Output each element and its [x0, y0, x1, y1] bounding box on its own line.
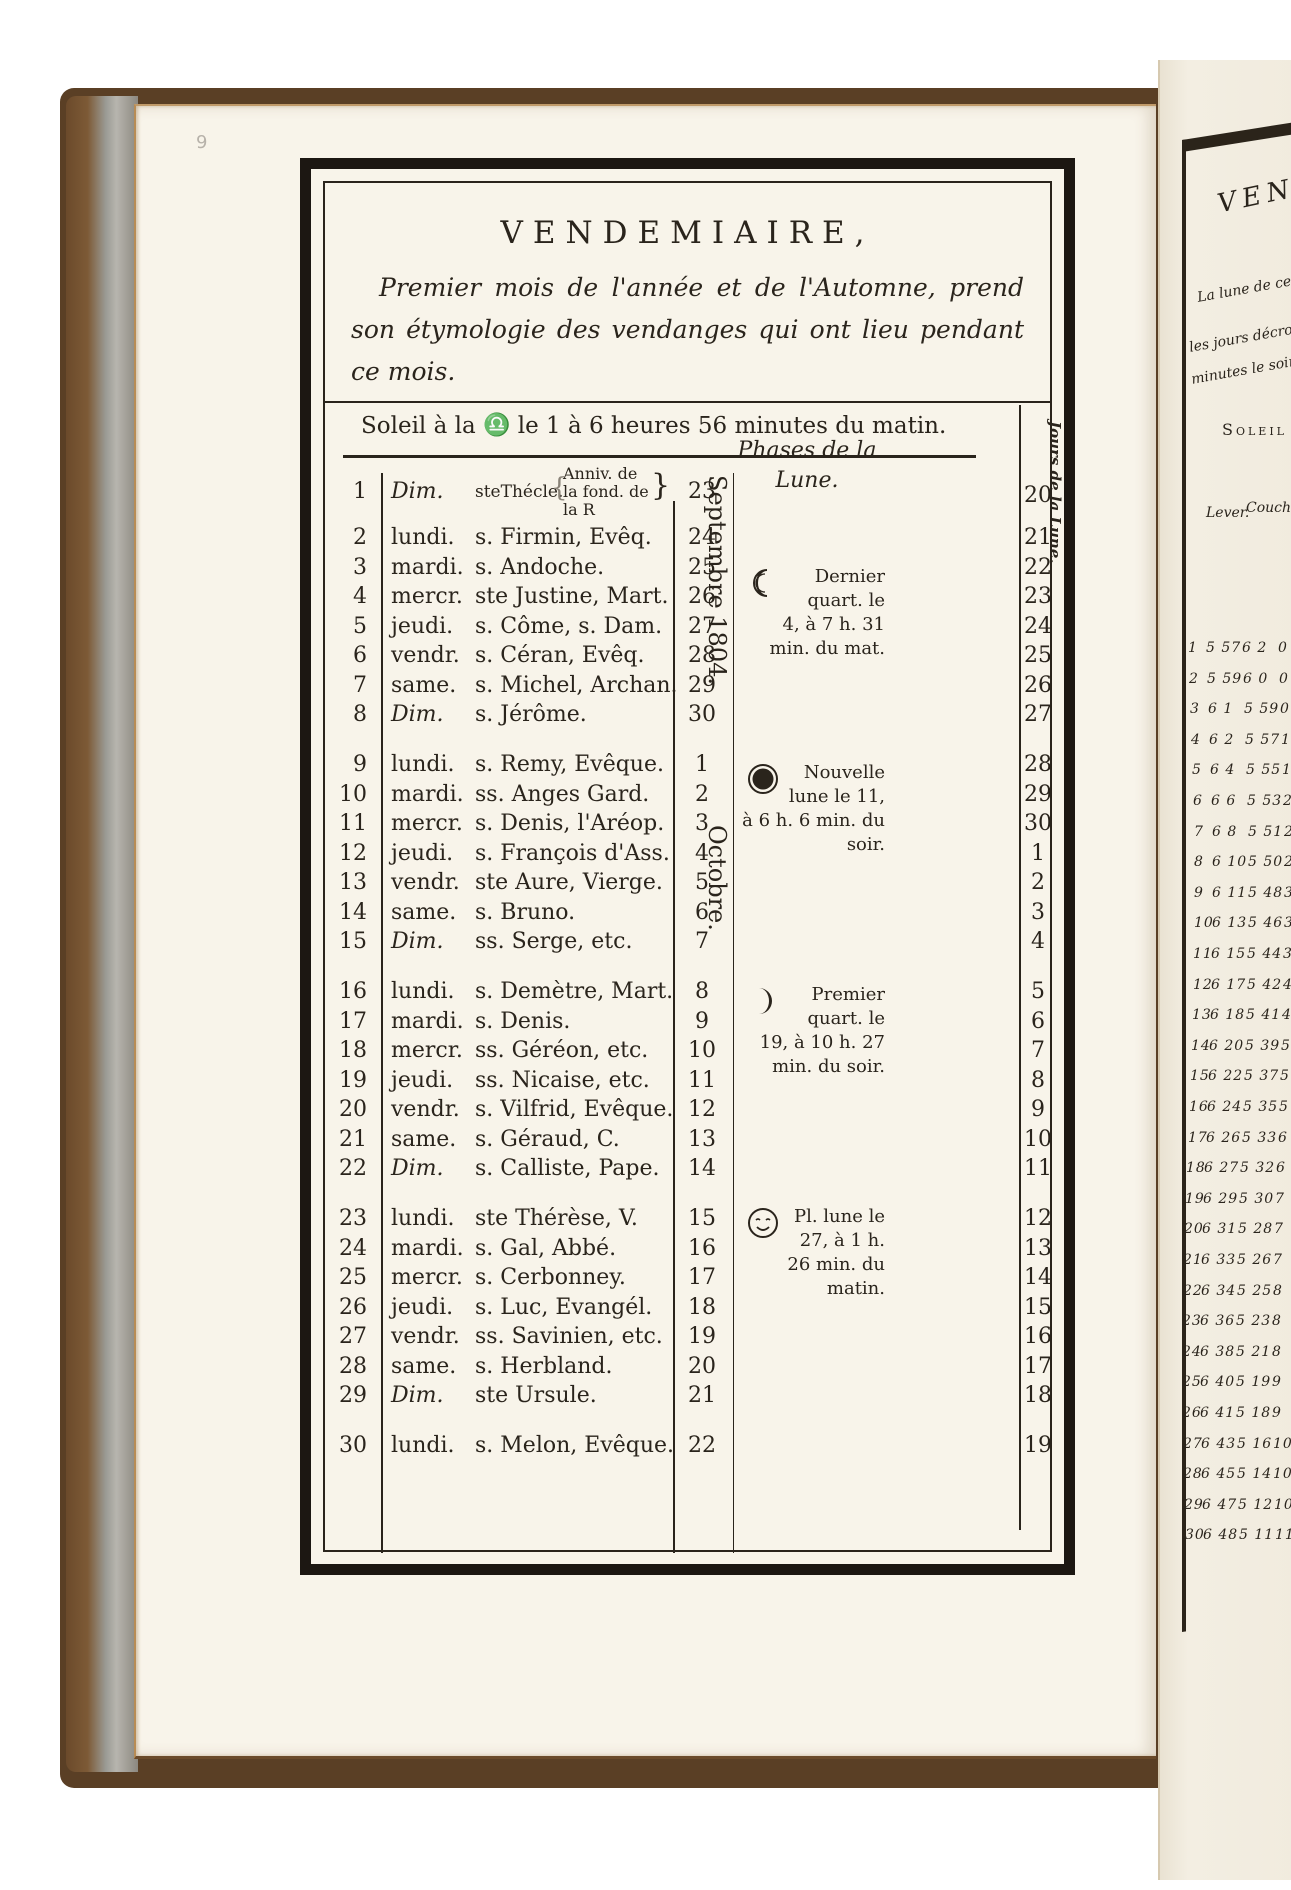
- right-page-table-row: 266 415 189: [1182, 1405, 1291, 1421]
- republican-day-number: 22: [329, 1154, 367, 1184]
- rp-day: 9: [1194, 885, 1212, 901]
- gregorian-date: 5: [677, 868, 727, 898]
- republican-day-number: 15: [329, 927, 367, 957]
- phase-new-moon: Nouvelle lune le 11, à 6 h. 6 min. du so…: [737, 761, 885, 857]
- column-rule: [673, 501, 675, 1553]
- moon-day: 11: [1013, 1154, 1063, 1184]
- gregorian-date: 1: [677, 750, 727, 780]
- gregorian-date: 16: [677, 1234, 727, 1264]
- rp-day: 10: [1194, 915, 1212, 931]
- saint-name: s. Jérôme.: [475, 700, 587, 730]
- rp-coucher: 5 51: [1248, 824, 1284, 840]
- gregorian-date: 29: [677, 671, 727, 701]
- gregorian-date: 30: [677, 700, 727, 730]
- rp-coucher: 5 16: [1237, 1436, 1273, 1452]
- column-rule: [381, 473, 383, 1553]
- republican-day-number: 16: [329, 977, 367, 1007]
- rp-declinaison: 6: [1278, 1130, 1291, 1146]
- rp-coucher: 5 37: [1244, 1068, 1280, 1084]
- rp-lever: 6 10: [1212, 854, 1248, 870]
- rp-lever: 6 18: [1210, 1007, 1246, 1023]
- weekday: jeudi.: [391, 1293, 453, 1323]
- republican-day-number: 8: [329, 700, 367, 730]
- moon-day: 27: [1013, 700, 1063, 730]
- pencil-note: 9: [196, 132, 207, 153]
- rp-day: 20: [1184, 1221, 1202, 1237]
- phase-full-moon: Pl. lune le 27, à 1 h. 26 min. du matin.: [737, 1205, 885, 1301]
- moon-day: 4: [1013, 927, 1063, 957]
- rp-coucher: 5 26: [1237, 1252, 1273, 1268]
- gregorian-date: 7: [677, 927, 727, 957]
- right-page-table-row: 166 245 355: [1189, 1099, 1291, 1115]
- republican-day-number: 11: [329, 809, 367, 839]
- rp-day: 11: [1193, 946, 1211, 962]
- weekday: same.: [391, 898, 456, 928]
- weekday: same.: [391, 1352, 456, 1382]
- rp-lever: 6 31: [1202, 1221, 1238, 1237]
- saint-name: ste Justine, Mart.: [475, 582, 668, 612]
- weekday: lundi.: [391, 1204, 455, 1234]
- gregorian-date: 17: [677, 1263, 727, 1293]
- right-page-table-row: 276 435 1610: [1183, 1436, 1291, 1452]
- rp-declinaison: 3: [1284, 915, 1291, 931]
- saint-name: s. Denis, l'Aréop.: [475, 809, 664, 839]
- gregorian-date: 14: [677, 1154, 727, 1184]
- right-page-table-row: 216 335 267: [1183, 1252, 1291, 1268]
- rp-declinaison: 7: [1275, 1191, 1291, 1207]
- gregorian-date: 13: [677, 1125, 727, 1155]
- republican-day-number: 25: [329, 1263, 367, 1293]
- rp-lever: 6 36: [1200, 1313, 1236, 1329]
- moon-day: 7: [1013, 1036, 1063, 1066]
- rp-lever: 6 40: [1200, 1374, 1236, 1390]
- rp-lever: 6 13: [1212, 915, 1248, 931]
- right-brace: }: [651, 469, 670, 503]
- rp-lever: 6 24: [1207, 1099, 1243, 1115]
- rp-day: 23: [1182, 1313, 1200, 1329]
- gregorian-date: 28: [677, 641, 727, 671]
- moon-day: 30: [1013, 809, 1063, 839]
- rp-declinaison: 4: [1283, 977, 1291, 993]
- rp-declinaison: 5: [1281, 1038, 1291, 1054]
- divider: [343, 455, 976, 458]
- rp-day: 28: [1183, 1466, 1201, 1482]
- weekday: lundi.: [391, 750, 455, 780]
- gregorian-date: 20: [677, 1352, 727, 1382]
- weekday: mardi.: [391, 553, 464, 583]
- rp-day: 3: [1190, 701, 1208, 717]
- rp-coucher: 5 14: [1237, 1466, 1273, 1482]
- rp-lever: 6 41: [1200, 1405, 1236, 1421]
- weekday: Dim.: [391, 1154, 444, 1184]
- republican-day-number: 26: [329, 1293, 367, 1323]
- saint-name: s. Demètre, Mart.: [475, 977, 673, 1007]
- weekday: mercr.: [391, 1263, 463, 1293]
- saint-name: s. Remy, Evêque.: [475, 750, 664, 780]
- rp-declinaison: 1: [1281, 732, 1291, 748]
- rp-declinaison: 5: [1279, 1099, 1291, 1115]
- right-page-table-row: 296 475 1210: [1184, 1497, 1291, 1513]
- rp-declinaison: 6: [1276, 1160, 1291, 1176]
- gregorian-date: 10: [677, 1036, 727, 1066]
- rp-lever: 6 26: [1206, 1130, 1242, 1146]
- republican-day-number: 27: [329, 1322, 367, 1352]
- rp-lever: 6 48: [1203, 1527, 1239, 1543]
- saint-name: s. Herbland.: [475, 1352, 612, 1382]
- republican-day-number: 1: [329, 477, 367, 507]
- rp-day: 18: [1186, 1160, 1204, 1176]
- rp-lever: 6 27: [1204, 1160, 1240, 1176]
- right-page-table-row: 96 115 483: [1194, 885, 1291, 901]
- rp-day: 2: [1189, 671, 1207, 687]
- weekday: Dim.: [391, 477, 444, 507]
- weekday: vendr.: [391, 641, 460, 671]
- rp-coucher: 5 19: [1236, 1374, 1272, 1390]
- rp-declinaison: 3: [1283, 946, 1291, 962]
- right-page-soleil-header: Soleil: [1222, 420, 1287, 439]
- saint-name: ste Thérèse, V.: [475, 1204, 638, 1234]
- month-description: Premier mois de l'année et de l'Automne,…: [351, 267, 1024, 393]
- republican-day-number: 24: [329, 1234, 367, 1264]
- rp-declinaison: 0: [1279, 671, 1291, 687]
- moon-day: 1: [1013, 839, 1063, 869]
- rp-declinaison: 5: [1280, 1068, 1291, 1084]
- moon-day: 16: [1013, 1322, 1063, 1352]
- rp-coucher: 6 2: [1242, 640, 1278, 656]
- moon-day: 9: [1013, 1095, 1063, 1125]
- saint-name: s. Denis.: [475, 1007, 570, 1037]
- right-page-table-row: 286 455 1410: [1183, 1466, 1291, 1482]
- rp-coucher: 5 18: [1236, 1405, 1272, 1421]
- rp-coucher: 5 42: [1247, 977, 1283, 993]
- rp-lever: 6 4: [1210, 762, 1246, 778]
- republican-day-number: 17: [329, 1007, 367, 1037]
- weekday: Dim.: [391, 927, 444, 957]
- rp-coucher: 5 21: [1236, 1344, 1272, 1360]
- libra-icon: ♎: [483, 413, 510, 438]
- column-rule: [733, 473, 734, 1553]
- rp-coucher: 5 23: [1236, 1313, 1272, 1329]
- rp-declinaison: 8: [1272, 1313, 1291, 1329]
- gregorian-date: 24: [677, 523, 727, 553]
- rp-day: 7: [1194, 824, 1212, 840]
- weekday: jeudi.: [391, 839, 453, 869]
- moon-day: 14: [1013, 1263, 1063, 1293]
- rp-lever: 6 45: [1201, 1466, 1237, 1482]
- rp-day: 6: [1193, 793, 1211, 809]
- rp-day: 14: [1191, 1038, 1209, 1054]
- rp-declinaison: 10: [1274, 1497, 1291, 1513]
- saint-name: ss. Serge, etc.: [475, 927, 632, 957]
- rp-day: 24: [1182, 1344, 1200, 1360]
- right-page-table-row: 226 345 258: [1183, 1283, 1291, 1299]
- right-page-table-row: 186 275 326: [1186, 1160, 1291, 1176]
- saint-name: s. Firmin, Evêq.: [475, 523, 652, 553]
- rp-declinaison: 9: [1272, 1405, 1291, 1421]
- rp-day: 22: [1183, 1283, 1201, 1299]
- phases-header: Phases de la Lune.: [737, 436, 877, 496]
- rp-coucher: 5 32: [1240, 1160, 1276, 1176]
- rp-coucher: 5 48: [1248, 885, 1284, 901]
- rp-day: 26: [1182, 1405, 1200, 1421]
- rp-day: 29: [1184, 1497, 1202, 1513]
- weekday: vendr.: [391, 868, 460, 898]
- right-page-table-row: 246 385 218: [1182, 1344, 1291, 1360]
- rp-declinaison: 10: [1273, 1466, 1291, 1482]
- gregorian-date: 22: [677, 1431, 727, 1461]
- republican-day-number: 3: [329, 553, 367, 583]
- rp-coucher: 5 44: [1247, 946, 1283, 962]
- gregorian-date: 25: [677, 553, 727, 583]
- rp-declinaison: 11: [1275, 1527, 1291, 1543]
- saint-name: ss. Géréon, etc.: [475, 1036, 648, 1066]
- republican-day-number: 28: [329, 1352, 367, 1382]
- divider: [325, 401, 1050, 403]
- rp-coucher: 5 50: [1248, 854, 1284, 870]
- weekday: same.: [391, 1125, 456, 1155]
- rp-coucher: 5 59: [1244, 701, 1280, 717]
- rp-coucher: 5 55: [1246, 762, 1282, 778]
- rp-declinaison: 10: [1273, 1436, 1291, 1452]
- rp-day: 21: [1183, 1252, 1201, 1268]
- rp-declinaison: 0: [1278, 640, 1291, 656]
- saint-name: s. Melon, Evêque.: [475, 1431, 674, 1461]
- moon-day: 13: [1013, 1234, 1063, 1264]
- calendar-frame: VENDEMIAIRE, Premier mois de l'année et …: [300, 158, 1075, 1575]
- moon-day: 2: [1013, 868, 1063, 898]
- gregorian-date: 18: [677, 1293, 727, 1323]
- new-moon-icon: [747, 763, 779, 795]
- rp-lever: 6 38: [1200, 1344, 1236, 1360]
- moon-day: 20: [1013, 481, 1063, 511]
- saint-name: s. Géraud, C.: [475, 1125, 620, 1155]
- moon-day: 5: [1013, 977, 1063, 1007]
- weekday: jeudi.: [391, 1066, 453, 1096]
- moon-day: 10: [1013, 1125, 1063, 1155]
- rp-declinaison: 7: [1274, 1221, 1291, 1237]
- calendar-inner-border: VENDEMIAIRE, Premier mois de l'année et …: [323, 181, 1052, 1552]
- right-page-table-row: 66 65 532: [1193, 793, 1291, 809]
- rp-coucher: 5 11: [1239, 1527, 1275, 1543]
- rp-lever: 6 17: [1211, 977, 1247, 993]
- rp-lever: 6 47: [1202, 1497, 1238, 1513]
- moon-day: 3: [1013, 898, 1063, 928]
- rp-lever: 6 6: [1211, 793, 1247, 809]
- rp-lever: 6 29: [1203, 1191, 1239, 1207]
- rp-day: 13: [1192, 1007, 1210, 1023]
- rp-lever: 6 20: [1209, 1038, 1245, 1054]
- anniversary-note: Anniv. de la fond. de la R: [563, 465, 655, 519]
- moon-day: 29: [1013, 780, 1063, 810]
- moon-day: 18: [1013, 1381, 1063, 1411]
- moon-day: 26: [1013, 671, 1063, 701]
- rp-coucher: 5 28: [1238, 1221, 1274, 1237]
- weekday: mercr.: [391, 582, 463, 612]
- saint-name: s. Calliste, Pape.: [475, 1154, 660, 1184]
- gregorian-date: 27: [677, 612, 727, 642]
- republican-day-number: 18: [329, 1036, 367, 1066]
- gregorian-date: 4: [677, 839, 727, 869]
- jours-de-la-lune-header: Jours de la Lune.: [1028, 421, 1078, 531]
- rp-coucher: 5 33: [1242, 1130, 1278, 1146]
- rp-declinaison: 8: [1273, 1283, 1291, 1299]
- weekday: mardi.: [391, 1234, 464, 1264]
- saint-name: s. Gal, Abbé.: [475, 1234, 616, 1264]
- left-brace: {: [551, 471, 568, 505]
- right-page-col-couch: Couch.: [1246, 500, 1291, 516]
- republican-day-number: 19: [329, 1066, 367, 1096]
- republican-day-number: 9: [329, 750, 367, 780]
- gregorian-date: 21: [677, 1381, 727, 1411]
- right-page-table-row: 36 15 590: [1190, 701, 1291, 717]
- right-page-table-row: 156 225 375: [1190, 1068, 1291, 1084]
- right-page-table-row: 196 295 307: [1185, 1191, 1291, 1207]
- first-quarter-moon-icon: [747, 985, 779, 1017]
- gregorian-date: 9: [677, 1007, 727, 1037]
- phase-first-quarter: Premier quart. le 19, à 10 h. 27 min. du…: [737, 983, 885, 1079]
- gregorian-date: 11: [677, 1066, 727, 1096]
- rp-day: 4: [1191, 732, 1209, 748]
- rp-day: 17: [1188, 1130, 1206, 1146]
- moon-day: 23: [1013, 582, 1063, 612]
- month-title: VENDEMIAIRE,: [325, 215, 1050, 251]
- right-page-table-row: 256 405 199: [1182, 1374, 1291, 1390]
- moon-day: 21: [1013, 523, 1063, 553]
- rp-lever: 6 11: [1212, 885, 1248, 901]
- republican-day-number: 7: [329, 671, 367, 701]
- right-page-table-row: 206 315 287: [1184, 1221, 1291, 1237]
- rp-coucher: 5 57: [1245, 732, 1281, 748]
- marbled-board-edge: [66, 96, 138, 1772]
- saint-name: s. Cerbonney.: [475, 1263, 626, 1293]
- republican-day-number: 12: [329, 839, 367, 869]
- saint-name: s. Céran, Evêq.: [475, 641, 645, 671]
- right-page-table-row: 136 185 414: [1192, 1007, 1291, 1023]
- moon-day: 28: [1013, 750, 1063, 780]
- republican-day-number: 13: [329, 868, 367, 898]
- rp-day: 16: [1189, 1099, 1207, 1115]
- right-page-table-row: 306 485 1111: [1185, 1527, 1291, 1543]
- right-page-table-row: 15 576 20: [1188, 640, 1291, 656]
- saint-name: s. Michel, Archan.: [475, 671, 678, 701]
- rp-lever: 5 57: [1206, 640, 1242, 656]
- moon-day: 22: [1013, 553, 1063, 583]
- moon-day: 25: [1013, 641, 1063, 671]
- right-page-table-row: 176 265 336: [1188, 1130, 1291, 1146]
- right-page-table-row: 116 155 443: [1193, 946, 1291, 962]
- rp-lever: 6 43: [1201, 1436, 1237, 1452]
- republican-day-number: 30: [329, 1431, 367, 1461]
- republican-day-number: 23: [329, 1204, 367, 1234]
- weekday: lundi.: [391, 1431, 455, 1461]
- saint-name: ss. Savinien, etc.: [475, 1322, 663, 1352]
- weekday: mercr.: [391, 809, 463, 839]
- rp-day: 27: [1183, 1436, 1201, 1452]
- rp-day: 19: [1185, 1191, 1203, 1207]
- rp-day: 15: [1190, 1068, 1208, 1084]
- republican-day-number: 4: [329, 582, 367, 612]
- right-page-table-row: 126 175 424: [1193, 977, 1291, 993]
- rp-coucher: 5 39: [1245, 1038, 1281, 1054]
- right-page-table-row: 56 45 551: [1192, 762, 1291, 778]
- right-page-table-row: 146 205 395: [1191, 1038, 1291, 1054]
- saint-name: s. Bruno.: [475, 898, 575, 928]
- republican-day-number: 5: [329, 612, 367, 642]
- rp-declinaison: 7: [1273, 1252, 1291, 1268]
- weekday: mardi.: [391, 1007, 464, 1037]
- right-page-table-row: 86 105 502: [1194, 854, 1291, 870]
- moon-day: 15: [1013, 1293, 1063, 1323]
- republican-day-number: 21: [329, 1125, 367, 1155]
- rp-declinaison: 2: [1284, 824, 1291, 840]
- saint-name: ste Ursule.: [475, 1381, 597, 1411]
- rp-declinaison: 8: [1272, 1344, 1291, 1360]
- saint-name: s. Côme, s. Dam.: [475, 612, 662, 642]
- rp-day: 12: [1193, 977, 1211, 993]
- saint-name: s. François d'Ass.: [475, 839, 670, 869]
- moon-day: 24: [1013, 612, 1063, 642]
- rp-coucher: 5 46: [1248, 915, 1284, 931]
- rp-coucher: 5 30: [1239, 1191, 1275, 1207]
- gregorian-date: 2: [677, 780, 727, 810]
- full-moon-icon: [747, 1207, 779, 1239]
- gregorian-date: 8: [677, 977, 727, 1007]
- right-page-table-row: 76 85 512: [1194, 824, 1291, 840]
- moon-day: 12: [1013, 1204, 1063, 1234]
- weekday: Dim.: [391, 700, 444, 730]
- rp-lever: 6 1: [1208, 701, 1244, 717]
- gregorian-date: 19: [677, 1322, 727, 1352]
- moon-day: 19: [1013, 1431, 1063, 1461]
- rp-lever: 6 8: [1212, 824, 1248, 840]
- rp-day: 30: [1185, 1527, 1203, 1543]
- rp-lever: 6 34: [1201, 1283, 1237, 1299]
- rp-declinaison: 2: [1284, 854, 1291, 870]
- phase-last-quarter: Dernier quart. le 4, à 7 h. 31 min. du m…: [737, 565, 885, 661]
- rp-lever: 6 33: [1201, 1252, 1237, 1268]
- gregorian-date: 12: [677, 1095, 727, 1125]
- gregorian-date: 6: [677, 898, 727, 928]
- republican-day-number: 10: [329, 780, 367, 810]
- right-page-table-row: 106 135 463: [1194, 915, 1291, 931]
- saint-name: ste Aure, Vierge.: [475, 868, 663, 898]
- republican-day-number: 6: [329, 641, 367, 671]
- rp-lever: 5 59: [1207, 671, 1243, 687]
- republican-day-number: 14: [329, 898, 367, 928]
- saint-name: s. Andoche.: [475, 553, 604, 583]
- rp-day: 25: [1182, 1374, 1200, 1390]
- weekday: lundi.: [391, 523, 455, 553]
- gregorian-date: 26: [677, 582, 727, 612]
- gregorian-date: 15: [677, 1204, 727, 1234]
- right-page-col-lever: Lever.: [1206, 505, 1249, 521]
- moon-day: 8: [1013, 1066, 1063, 1096]
- rp-declinaison: 0: [1280, 701, 1291, 717]
- rp-lever: 6 2: [1209, 732, 1245, 748]
- weekday: jeudi.: [391, 612, 453, 642]
- weekday: same.: [391, 671, 456, 701]
- weekday: mardi.: [391, 780, 464, 810]
- rp-declinaison: 2: [1283, 793, 1291, 809]
- rp-day: 1: [1188, 640, 1206, 656]
- rp-coucher: 5 35: [1243, 1099, 1279, 1115]
- rp-coucher: 5 25: [1237, 1283, 1273, 1299]
- saint-name: s. Luc, Evangél.: [475, 1293, 652, 1323]
- right-page-table-row: 25 596 00: [1189, 671, 1291, 687]
- weekday: lundi.: [391, 977, 455, 1007]
- saint-name: ss. Anges Gard.: [475, 780, 649, 810]
- rp-day: 8: [1194, 854, 1212, 870]
